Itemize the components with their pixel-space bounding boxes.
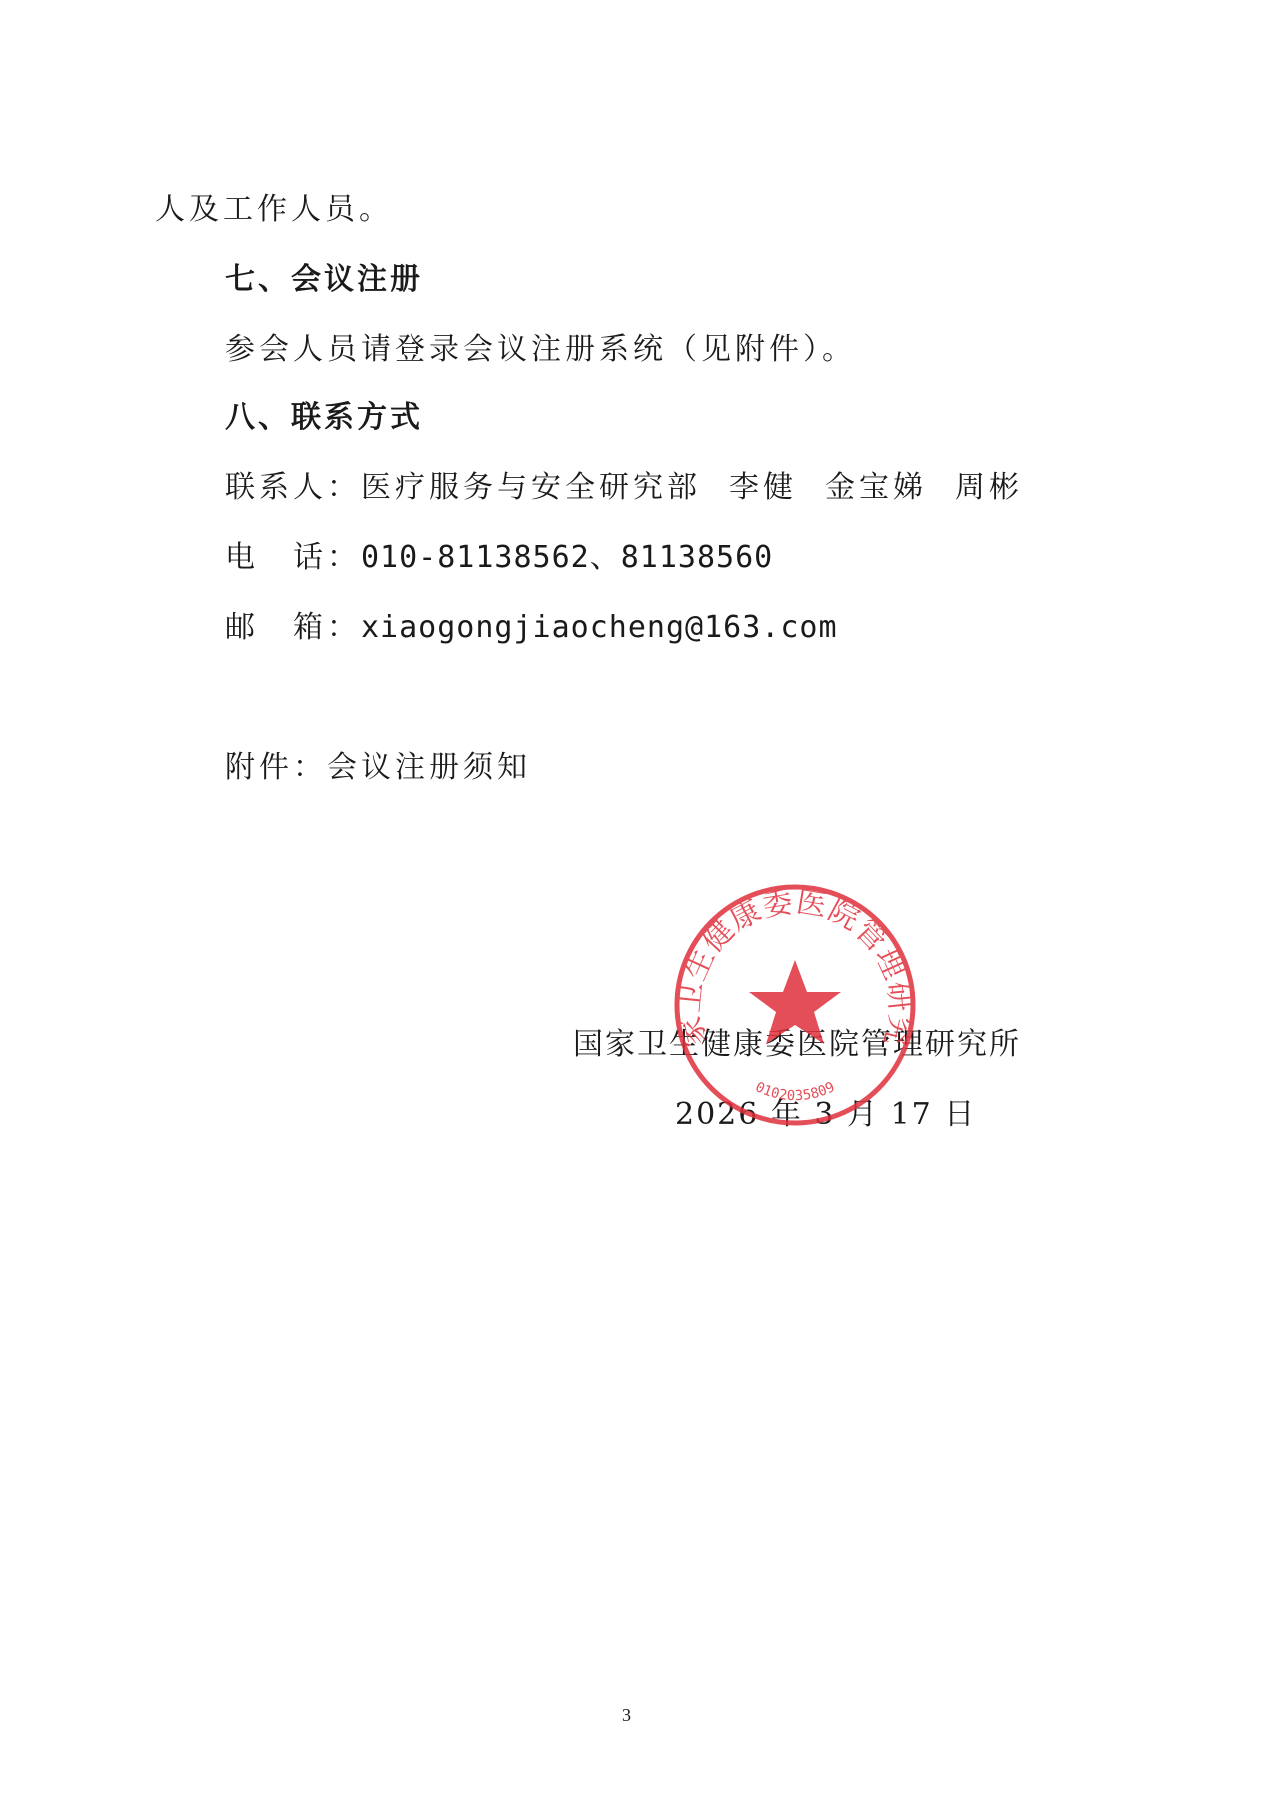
phone-value: 010-81138562、81138560: [361, 540, 773, 575]
contact-person-1: 李健: [729, 470, 797, 505]
official-seal-icon: 国家卫生健康委医院管理研究所 0102035809: [670, 880, 920, 1130]
contact-person-3: 周彬: [955, 470, 1023, 505]
email-value[interactable]: xiaogongjiaocheng@163.com: [361, 610, 838, 645]
attachment-value: 会议注册须知: [327, 750, 531, 785]
phone-label: 电 话：: [225, 540, 361, 575]
continuation-text: 人及工作人员。: [155, 190, 393, 230]
contact-dept: 医疗服务与安全研究部: [361, 470, 701, 505]
signature-date: 2026 年 3 月 17 日: [675, 1095, 976, 1135]
section-8-heading: 八、联系方式: [225, 398, 423, 438]
attachment-line: 附件：会议注册须知: [225, 748, 531, 788]
contact-person-2: 金宝娣: [825, 470, 927, 505]
section-7-heading: 七、会议注册: [225, 260, 423, 300]
email-line: 邮 箱：xiaogongjiaocheng@163.com: [225, 608, 838, 648]
signature-organization: 国家卫生健康委医院管理研究所: [573, 1025, 1021, 1065]
contact-label: 联系人：: [225, 470, 361, 505]
email-label: 邮 箱：: [225, 610, 361, 645]
attachment-label: 附件：: [225, 750, 327, 785]
phone-line: 电 话：010-81138562、81138560: [225, 538, 773, 578]
page-number: 3: [622, 1705, 631, 1726]
section-7-body: 参会人员请登录会议注册系统（见附件）。: [225, 330, 856, 370]
contact-line: 联系人：医疗服务与安全研究部李健金宝娣周彬: [225, 468, 1023, 508]
